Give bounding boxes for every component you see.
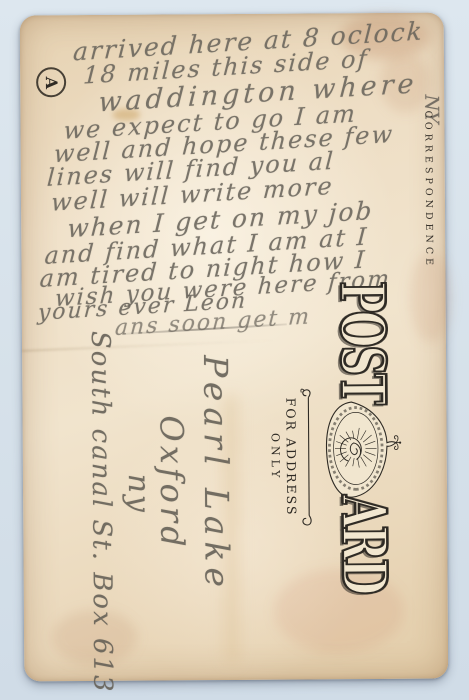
publisher-stamp-icon: A <box>36 67 66 97</box>
scan-background: A arrived here at 8 oclock 18 miles this… <box>0 0 469 700</box>
address-line-1: Pearl Lake <box>185 355 237 610</box>
ornate-c-icon <box>312 397 415 502</box>
brand-post-text: POST <box>327 281 399 403</box>
correspondence-label: CORRESPONDENCE <box>422 111 434 283</box>
for-address-text: FOR ADDRESS <box>284 398 300 517</box>
postcard: A arrived here at 8 oclock 18 miles this… <box>20 13 449 682</box>
for-address-only: FOR ADDRESS ONLY <box>265 384 319 529</box>
message-block: arrived here at 8 oclock 18 miles this s… <box>20 13 444 16</box>
only-text: ONLY <box>269 433 282 482</box>
flourish-swash-icon <box>301 387 316 527</box>
address-block: Pearl Lake Oxford ny South canal St. Box… <box>20 13 444 16</box>
address-line-4: South canal St. Box 613 <box>50 331 117 661</box>
brand-ard-text: ARD <box>328 495 400 593</box>
address-line-3: ny <box>111 456 157 556</box>
publisher-stamp-letter: A <box>42 76 61 89</box>
